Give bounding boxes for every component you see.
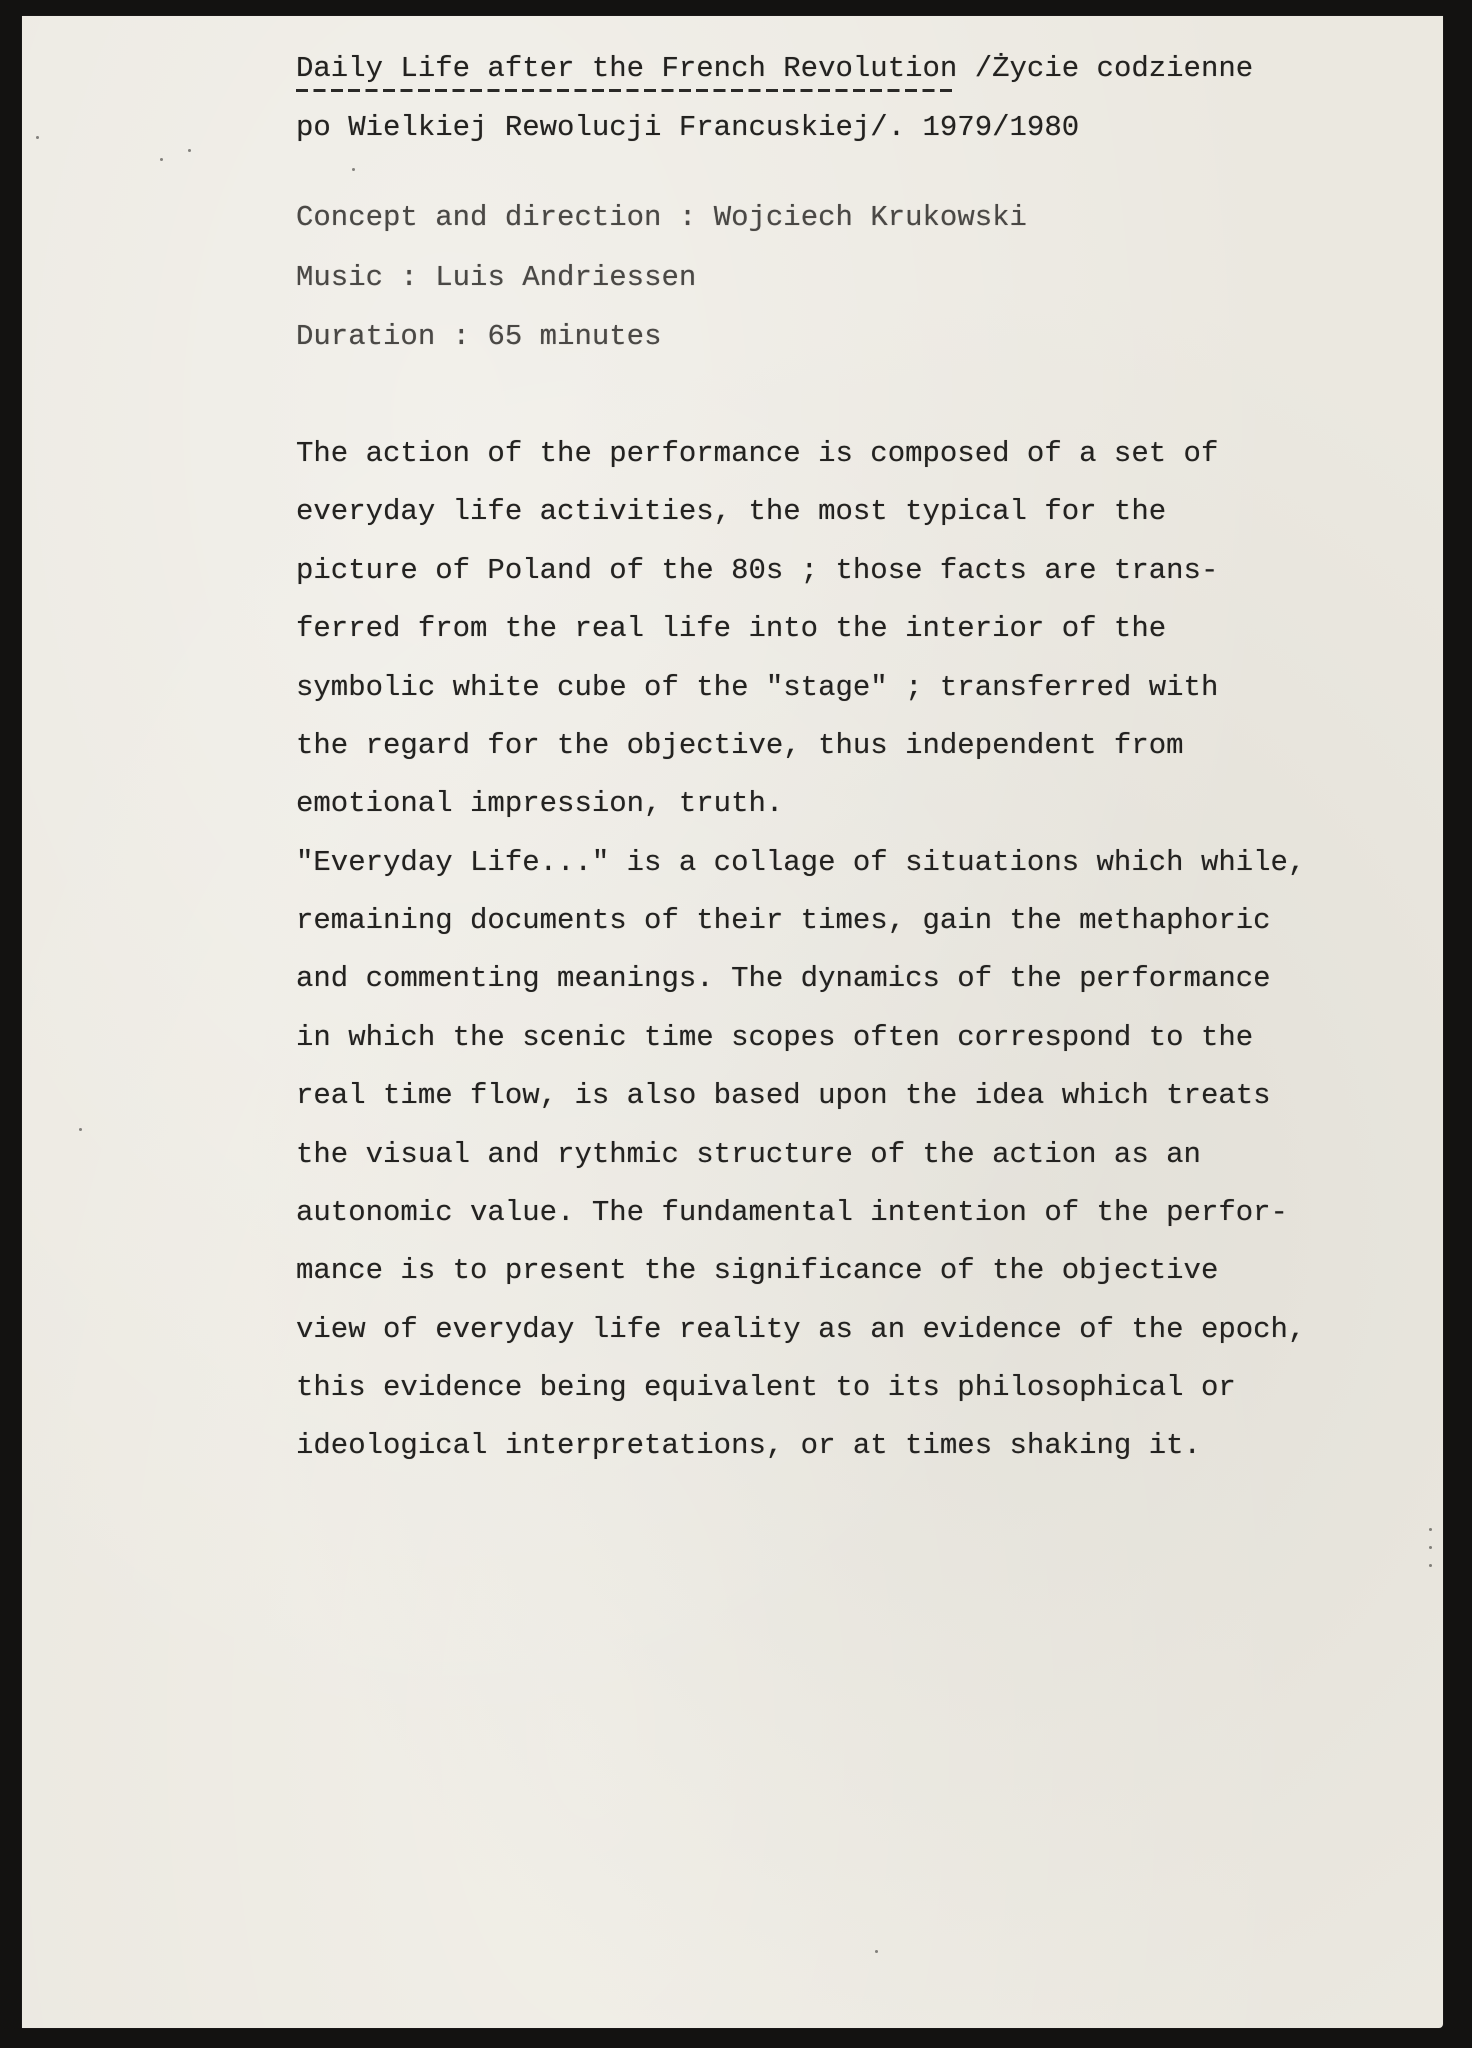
body-line: view of everyday life reality as an evid… [296,1313,1305,1347]
body-line: mance is to present the significance of … [296,1254,1218,1288]
body-line: the visual and rythmic structure of the … [296,1138,1201,1172]
body-line: The action of the performance is compose… [296,437,1218,471]
body-line: in which the scenic time scopes often co… [296,1021,1253,1055]
credit-music: Music : Luis Andriessen [296,261,696,295]
body-line: remaining documents of their times, gain… [296,904,1271,938]
credit-direction: Concept and direction : Wojciech Krukows… [296,201,1027,235]
typewritten-page: Daily Life after the French Revolution /… [22,16,1443,2028]
paper-speck [1429,1528,1432,1531]
body-line: and commenting meanings. The dynamics of… [296,962,1271,996]
paper-speck [160,158,163,161]
paper-speck [352,168,355,171]
body-line: ideological interpretations, or at times… [296,1429,1201,1463]
title-line-1: Daily Life after the French Revolution /… [296,52,1253,86]
body-line: "Everyday Life..." is a collage of situa… [296,846,1305,880]
credit-label: Concept and direction [296,201,661,234]
body-line: emotional impression, truth. [296,787,783,821]
body-line: everyday life activities, the most typic… [296,495,1166,529]
paper-speck [79,1128,82,1131]
body-line: symbolic white cube of the "stage" ; tra… [296,671,1218,705]
body-line: the regard for the objective, thus indep… [296,729,1184,763]
paper-speck [1429,1546,1432,1549]
body-line: real time flow, is also based upon the i… [296,1079,1271,1113]
title-line-2: po Wielkiej Rewolucji Francuskiej/. 1979… [296,111,1079,145]
credit-value: Luis Andriessen [435,261,696,294]
credit-value: 65 minutes [487,320,661,353]
body-line: picture of Poland of the 80s ; those fac… [296,554,1218,588]
credit-value: Wojciech Krukowski [714,201,1027,234]
paper-speck [188,149,191,152]
title-polish-start: /Życie codzienne [957,52,1253,85]
body-line: ferred from the real life into the inter… [296,612,1166,646]
paper-speck [36,136,39,139]
body-line: this evidence being equivalent to its ph… [296,1371,1236,1405]
paper-speck [1429,1564,1432,1567]
credit-label: Duration [296,320,435,353]
credit-label: Music [296,261,383,294]
paper-speck [875,1950,878,1953]
title-underlined: Daily Life after the French Revolution [296,52,957,86]
credit-duration: Duration : 65 minutes [296,320,661,354]
body-line: autonomic value. The fundamental intenti… [296,1196,1288,1230]
